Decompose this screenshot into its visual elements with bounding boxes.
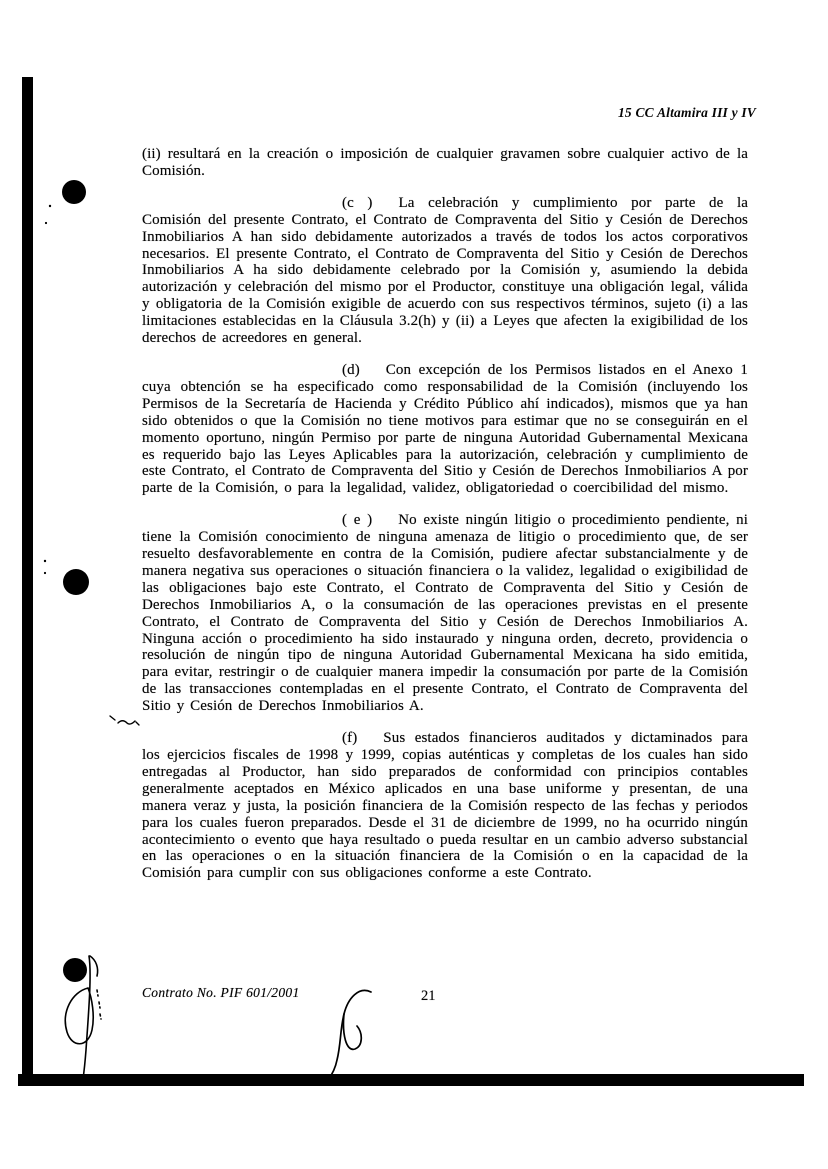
paragraph-label: (c ) [342, 195, 373, 211]
paragraph-text: Sus estados financieros auditados y dict… [142, 730, 748, 881]
paragraph-label: (f) [342, 730, 357, 746]
paragraph-text: No existe ningún litigio o procedimiento… [142, 512, 748, 714]
scan-speck-dots [44, 205, 51, 574]
pen-loop-mark-center [328, 990, 371, 1080]
paragraph-text: Con excepción de los Permisos listados e… [142, 362, 748, 496]
paragraph-text: (ii) resultará en la creación o imposici… [142, 146, 748, 179]
pen-scribble-bottom-left [65, 956, 101, 1079]
punch-hole-top [62, 180, 86, 204]
punch-hole-bottom [63, 958, 87, 982]
paragraph-text: La celebración y cumplimiento por parte … [142, 195, 748, 346]
pen-squiggle-left-margin [110, 716, 139, 725]
footer-contract-number: Contrato No. PIF 601/2001 [142, 985, 300, 1001]
paragraph-ii: (ii) resultará en la creación o imposici… [142, 146, 748, 180]
contract-body: (ii) resultará en la creación o imposici… [142, 146, 748, 897]
scan-edge-bar-left [22, 77, 33, 1081]
punch-hole-middle [63, 569, 89, 595]
paragraph-d: (d)Con excepción de los Permisos listado… [142, 362, 748, 497]
paragraph-label: ( e ) [342, 512, 372, 528]
document-header-right: 15 CC Altamira III y IV [618, 105, 756, 121]
scanned-contract-page: 15 CC Altamira III y IV (ii) resultará e… [0, 0, 828, 1169]
scan-edge-bar-bottom [18, 1074, 804, 1086]
paragraph-label: (d) [342, 362, 360, 378]
paragraph-f: (f)Sus estados financieros auditados y d… [142, 730, 748, 882]
paragraph-e: ( e )No existe ningún litigio o procedim… [142, 512, 748, 715]
page-number: 21 [421, 988, 436, 1005]
paragraph-c: (c )La celebración y cumplimiento por pa… [142, 195, 748, 347]
